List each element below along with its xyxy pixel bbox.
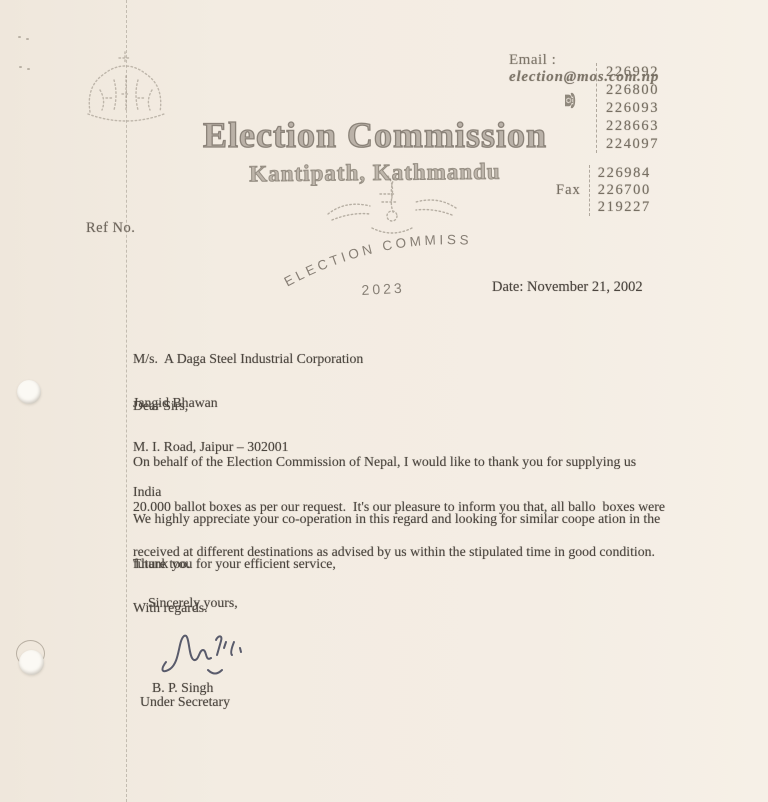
body-line: On behalf of the Election Commission of … [133,454,739,469]
stamp-arc-text: ELECTION COMMISSION [270,214,475,290]
phone-number-list: 226992 226800 226093 228663 224097 [596,63,659,153]
sign-off: Sincerely yours, [148,595,238,611]
fax-number: 226700 [598,182,651,199]
phone-number: 228663 [606,117,659,135]
phone-number: 226992 [606,63,659,81]
handwritten-signature [156,620,276,680]
left-crest-emblem [78,50,174,142]
election-commission-stamp: ELECTION COMMISSION 2023 [270,214,489,305]
scan-speck [27,68,30,70]
recipient-line: M/s. A Daga Steel Industrial Corporation [133,352,363,367]
salutation: Dear Sirs, [133,398,188,414]
org-name: Election Commission [185,114,565,156]
scan-speck [18,36,21,38]
scanned-letter-page: Email : election@mos.com.np ☎ 226992 226… [0,0,768,802]
date-line: Date: November 21, 2002 [492,279,643,296]
signatory-title: Under Secretary [140,694,230,710]
punch-hole-top [17,380,41,404]
punch-hole-bottom [19,650,44,675]
stamp-year: 2023 [361,280,405,298]
scan-speck [26,38,29,40]
scan-speck [19,66,22,68]
ref-no-label: Ref No. [86,220,135,237]
fax-block: Fax 226984 226700 219227 [556,165,651,216]
svg-text:ELECTION COMMISSION: ELECTION COMMISSION [270,214,475,290]
fax-number-list: 226984 226700 219227 [589,165,651,216]
fax-label: Fax [556,182,581,199]
phone-icon: ☎ [560,92,577,109]
phone-number: 224097 [606,135,659,153]
fax-number: 219227 [598,199,651,216]
closing-line: Thank you for your efficient service, [133,557,336,572]
phone-number: 226800 [606,81,659,99]
phone-number: 226093 [606,99,659,117]
email-label: Email : [509,52,556,68]
fax-number: 226984 [598,165,651,182]
body-line: We highly appreciate your co-operation i… [133,511,739,526]
